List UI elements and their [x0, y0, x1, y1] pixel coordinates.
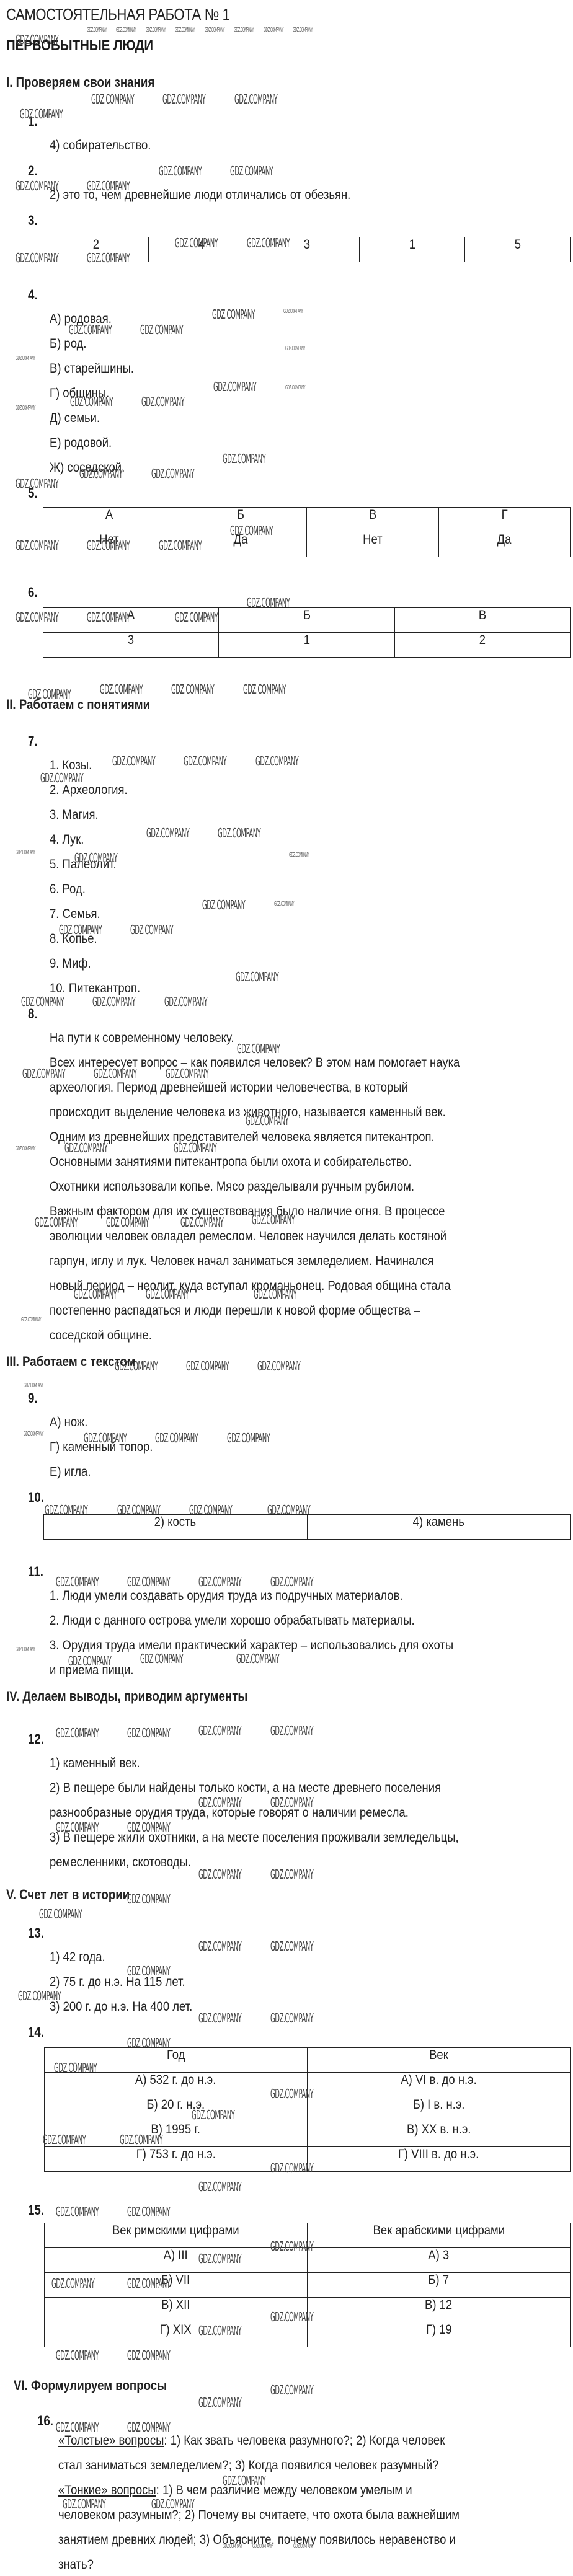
- q3-cell: 4: [149, 237, 254, 262]
- watermark: GDZ.COMPANY: [198, 1867, 241, 1882]
- watermark: GDZ.COMPANY: [264, 27, 283, 33]
- watermark: GDZ.COMPANY: [289, 852, 309, 858]
- question-14-number: 14.: [28, 2024, 44, 2040]
- question-5-table: А Б В Г Нет Да Нет Да: [43, 507, 571, 557]
- watermark: GDZ.COMPANY: [270, 2011, 313, 2026]
- question-4-answer: Б) род.: [50, 337, 86, 351]
- q14-header: Год: [45, 2048, 308, 2073]
- question-6-table: А Б В 3 1 2: [43, 607, 571, 658]
- q15-cell: Б) 7: [308, 2273, 571, 2298]
- watermark: GDZ.COMPANY: [100, 682, 143, 697]
- q15-header: Век арабскими цифрами: [308, 2223, 571, 2248]
- section-4-heading: IV. Делаем выводы, приводим аргументы: [6, 1688, 247, 1705]
- watermark: GDZ.COMPANY: [87, 27, 107, 33]
- question-3-table: 2 4 3 1 5: [43, 237, 571, 262]
- question-9-answer: Г) каменный топор.: [50, 1440, 153, 1455]
- watermark: GDZ.COMPANY: [202, 898, 245, 912]
- watermark: GDZ.COMPANY: [186, 1359, 229, 1374]
- question-8-line: гарпун, иглу и лук. Человек начал занима…: [50, 1254, 433, 1269]
- question-8-line: археология. Период древнейшей истории че…: [50, 1080, 408, 1095]
- watermark: GDZ.COMPANY: [198, 2395, 241, 2410]
- watermark: GDZ.COMPANY: [236, 969, 278, 984]
- question-8-line: эволюции человек овладел ремеслом. Челов…: [50, 1229, 446, 1244]
- watermark: GDZ.COMPANY: [16, 1145, 35, 1152]
- watermark: GDZ.COMPANY: [285, 384, 305, 391]
- question-7-answer: 5. Палеолит.: [50, 857, 117, 872]
- q6-header: А: [43, 608, 219, 633]
- watermark: GDZ.COMPANY: [184, 754, 226, 769]
- q15-cell: Г) 19: [308, 2322, 571, 2347]
- question-7-answer: 7. Семья.: [50, 907, 100, 922]
- watermark: GDZ.COMPANY: [234, 27, 254, 33]
- watermark: GDZ.COMPANY: [127, 2348, 170, 2363]
- q14-cell: А) 532 г. до н.э.: [45, 2073, 308, 2097]
- question-8-line: Основными занятиями питекантропа были ох…: [50, 1155, 412, 1170]
- q3-cell: 2: [43, 237, 149, 262]
- watermark: GDZ.COMPANY: [91, 92, 134, 107]
- question-16-thin-line-4: знать?: [58, 2557, 94, 2572]
- watermark: GDZ.COMPANY: [212, 307, 255, 322]
- q15-cell: В) 12: [308, 2298, 571, 2322]
- watermark: GDZ.COMPANY: [116, 27, 136, 33]
- watermark: GDZ.COMPANY: [140, 1651, 183, 1666]
- question-16-thick-line-2: стал заниматься земледелием?; 3) Когда п…: [58, 2458, 438, 2473]
- q14-cell: Г) VIII в. до н.э.: [308, 2147, 571, 2172]
- question-10-table: 2) кость 4) камень: [43, 1514, 571, 1540]
- watermark: GDZ.COMPANY: [56, 2420, 99, 2435]
- watermark: GDZ.COMPANY: [205, 27, 224, 33]
- watermark: GDZ.COMPANY: [293, 27, 313, 33]
- question-8-line: постепенно распадаться и люди перешли к …: [50, 1303, 420, 1318]
- question-14-table: Год Век А) 532 г. до н.э. А) VI в. до н.…: [44, 2047, 571, 2172]
- section-6-heading: VI. Формулируем вопросы: [14, 2378, 167, 2394]
- watermark: GDZ.COMPANY: [56, 2204, 99, 2219]
- watermark: GDZ.COMPANY: [56, 2348, 99, 2363]
- q15-cell: Б) VII: [45, 2273, 308, 2298]
- watermark: GDZ.COMPANY: [130, 922, 173, 937]
- question-16-thin-line-1: «Тонкие» вопросы: 1) В чем различие межд…: [58, 2483, 412, 2498]
- watermark: GDZ.COMPANY: [236, 1651, 279, 1666]
- page-title: САМОСТОЯТЕЛЬНАЯ РАБОТА № 1: [6, 5, 229, 24]
- question-4-answer: В) старейшины.: [50, 361, 134, 376]
- question-15-table: Век римскими цифрами Век арабскими цифра…: [44, 2223, 571, 2347]
- watermark: GDZ.COMPANY: [56, 1574, 99, 1589]
- question-8-line: Всех интересует вопрос – как появился че…: [50, 1056, 460, 1070]
- question-13-answer: 2) 75 г. до н.э. На 115 лет.: [50, 1975, 185, 1990]
- section-1-heading: I. Проверяем свои знания: [6, 74, 154, 90]
- question-16-thin-line-3: занятием древних людей; 3) Объясните, по…: [58, 2533, 456, 2547]
- q14-cell: А) VI в. до н.э.: [308, 2073, 571, 2097]
- q14-cell: В) 1995 г.: [45, 2122, 308, 2147]
- q5-value: Да: [438, 532, 571, 557]
- watermark: GDZ.COMPANY: [164, 994, 207, 1009]
- watermark: GDZ.COMPANY: [146, 826, 189, 840]
- watermark: GDZ.COMPANY: [151, 466, 194, 481]
- question-16-thick-line-1: «Толстые» вопросы: 1) Как звать человека…: [58, 2433, 445, 2448]
- question-5-number: 5.: [28, 485, 38, 501]
- question-15-number: 15.: [28, 2202, 44, 2218]
- q14-cell: В) XX в. н.э.: [308, 2122, 571, 2147]
- q5-header: Б: [175, 508, 307, 532]
- question-11-line: и приема пищи.: [50, 1663, 133, 1678]
- q5-value: Нет: [307, 532, 439, 557]
- watermark: GDZ.COMPANY: [16, 355, 35, 362]
- watermark: GDZ.COMPANY: [198, 2179, 241, 2194]
- section-3-heading: III. Работаем с текстом: [6, 1354, 135, 1370]
- question-12-line: 3) В пещере жили охотники, а на месте по…: [50, 1830, 459, 1845]
- question-8-line: происходит выделение человека из животно…: [50, 1105, 446, 1120]
- q6-value: 3: [43, 633, 219, 658]
- q6-header: В: [394, 608, 570, 633]
- watermark: GDZ.COMPANY: [198, 1723, 241, 1738]
- question-8-line: Охотники использовали копье. Мясо раздел…: [50, 1180, 414, 1194]
- q10-cell: 4) камень: [307, 1515, 571, 1540]
- q14-cell: Г) 753 г. до н.э.: [45, 2147, 308, 2172]
- question-2-number: 2.: [28, 163, 38, 179]
- watermark: GDZ.COMPANY: [92, 994, 135, 1009]
- question-7-answer: 3. Магия.: [50, 808, 99, 823]
- thick-questions-label: «Толстые» вопросы: [58, 2433, 164, 2448]
- watermark: GDZ.COMPANY: [127, 2204, 170, 2219]
- watermark: GDZ.COMPANY: [285, 345, 305, 352]
- watermark: GDZ.COMPANY: [198, 1574, 241, 1589]
- question-8-number: 8.: [28, 1006, 38, 1022]
- watermark: GDZ.COMPANY: [255, 754, 298, 769]
- question-4-answer: Д) семьи.: [50, 411, 100, 426]
- question-12-line: 2) В пещере были найдены только кости, а…: [50, 1781, 441, 1796]
- q15-cell: Г) XIX: [45, 2322, 308, 2347]
- watermark: GDZ.COMPANY: [175, 27, 195, 33]
- watermark: GDZ.COMPANY: [230, 164, 273, 179]
- question-12-line: ремесленники, скотоводы.: [50, 1855, 191, 1870]
- watermark: GDZ.COMPANY: [146, 27, 166, 33]
- question-13-answer: 1) 42 года.: [50, 1950, 105, 1965]
- question-9-answer: Е) игла.: [50, 1465, 91, 1480]
- topic-title: ПЕРВОБЫТНЫЕ ЛЮДИ: [6, 37, 153, 55]
- watermark: GDZ.COMPANY: [270, 1939, 313, 1954]
- section-2-heading: II. Работаем с понятиями: [6, 697, 150, 713]
- question-7-answer: 2. Археология.: [50, 783, 128, 798]
- question-8-line: На пути к современному человеку.: [50, 1031, 234, 1046]
- watermark: GDZ.COMPANY: [198, 1939, 241, 1954]
- watermark: GDZ.COMPANY: [16, 405, 35, 412]
- question-12-line: 1) каменный век.: [50, 1756, 140, 1771]
- question-11-line: 2. Люди с данного острова умели хорошо о…: [50, 1613, 415, 1628]
- watermark: GDZ.COMPANY: [198, 2011, 241, 2026]
- question-7-answer: 10. Питекантроп.: [50, 981, 140, 996]
- q6-value: 2: [394, 633, 570, 658]
- question-7-answer: 6. Род.: [50, 882, 86, 897]
- q3-cell: 1: [360, 237, 465, 262]
- q15-header: Век римскими цифрами: [45, 2223, 308, 2248]
- question-7-answer: 9. Миф.: [50, 956, 91, 971]
- watermark: GDZ.COMPANY: [56, 1726, 99, 1740]
- question-3-number: 3.: [28, 213, 38, 229]
- q6-header: Б: [219, 608, 394, 633]
- watermark: GDZ.COMPANY: [141, 394, 184, 409]
- question-1-answer: 4) собирательство.: [50, 138, 151, 153]
- thin-questions-label: «Тонкие» вопросы: [58, 2483, 156, 2497]
- watermark: GDZ.COMPANY: [16, 849, 35, 856]
- watermark: GDZ.COMPANY: [112, 754, 155, 769]
- watermark: GDZ.COMPANY: [274, 901, 294, 907]
- watermark: GDZ.COMPANY: [127, 1892, 170, 1907]
- q15-cell: В) XII: [45, 2298, 308, 2322]
- question-13-answer: 3) 200 г. до н.э. На 400 лет.: [50, 2000, 192, 2014]
- question-8-line: Важным фактором для их существования был…: [50, 1204, 445, 1219]
- watermark: GDZ.COMPANY: [127, 1574, 170, 1589]
- question-8-line: соседской общине.: [50, 1328, 152, 1343]
- q14-cell: Б) I в. н.э.: [308, 2097, 571, 2122]
- q3-cell: 5: [465, 237, 571, 262]
- watermark: GDZ.COMPANY: [213, 379, 256, 394]
- question-7-answer: 1. Козы.: [50, 758, 92, 773]
- watermark: GDZ.COMPANY: [21, 1317, 41, 1323]
- watermark: GDZ.COMPANY: [20, 107, 63, 121]
- q10-cell: 2) кость: [44, 1515, 308, 1540]
- watermark: GDZ.COMPANY: [162, 92, 205, 107]
- question-1-number: 1.: [28, 113, 38, 130]
- q3-cell: 3: [254, 237, 360, 262]
- question-9-answer: А) нож.: [50, 1415, 87, 1430]
- question-12-line: разнообразные орудия труда, которые гово…: [50, 1806, 409, 1820]
- watermark: GDZ.COMPANY: [270, 1574, 313, 1589]
- question-6-number: 6.: [28, 584, 38, 601]
- question-11-line: 1. Люди умели создавать орудия труда из …: [50, 1589, 403, 1603]
- watermark: GDZ.COMPANY: [223, 451, 265, 466]
- q15-cell: А) 3: [308, 2248, 571, 2273]
- watermark: GDZ.COMPANY: [257, 1359, 300, 1374]
- watermark: GDZ.COMPANY: [39, 1907, 82, 1921]
- question-12-number: 12.: [28, 1731, 44, 1747]
- section-5-heading: V. Счет лет в истории: [6, 1887, 130, 1903]
- question-16-thin-line-2: человеком разумным?; 2) Почему вы считае…: [58, 2508, 460, 2523]
- watermark: GDZ.COMPANY: [159, 164, 202, 179]
- question-2-answer: 2) это то, чем древнейшие люди отличалис…: [50, 188, 350, 203]
- question-10-number: 10.: [28, 1489, 44, 1506]
- question-9-number: 9.: [28, 1390, 38, 1406]
- watermark: GDZ.COMPANY: [127, 2420, 170, 2435]
- watermark: GDZ.COMPANY: [16, 1646, 35, 1653]
- question-7-number: 7.: [28, 733, 38, 749]
- question-4-number: 4.: [28, 287, 38, 303]
- watermark: GDZ.COMPANY: [24, 1431, 43, 1437]
- q14-header: Век: [308, 2048, 571, 2073]
- question-11-number: 11.: [28, 1564, 43, 1580]
- q5-header: В: [307, 508, 439, 532]
- question-8-line: новый период – неолит, куда вступал кром…: [50, 1279, 451, 1294]
- watermark: GDZ.COMPANY: [283, 308, 303, 315]
- question-16-number: 16.: [37, 2413, 53, 2429]
- watermark: GDZ.COMPANY: [237, 1041, 280, 1056]
- q5-value: Да: [175, 532, 307, 557]
- watermark: GDZ.COMPANY: [171, 682, 214, 697]
- question-4-answer: А) родовая.: [50, 312, 112, 327]
- question-7-answer: 4. Лук.: [50, 832, 84, 847]
- watermark: GDZ.COMPANY: [270, 2383, 313, 2397]
- watermark: GDZ.COMPANY: [218, 826, 260, 840]
- watermark: GDZ.COMPANY: [270, 1723, 313, 1738]
- q5-value: Нет: [43, 532, 175, 557]
- watermark: GDZ.COMPANY: [227, 1431, 270, 1445]
- q5-header: Г: [438, 508, 571, 532]
- question-8-line: Одним из древнейших представителей челов…: [50, 1130, 435, 1145]
- q14-cell: Б) 20 г. н.э.: [45, 2097, 308, 2122]
- watermark: GDZ.COMPANY: [270, 1867, 313, 1882]
- question-11-line: 3. Орудия труда имели практический харак…: [50, 1638, 453, 1653]
- watermark: GDZ.COMPANY: [155, 1431, 198, 1445]
- watermark: GDZ.COMPANY: [243, 682, 286, 697]
- watermark: GDZ.COMPANY: [140, 322, 183, 337]
- watermark: GDZ.COMPANY: [127, 1726, 170, 1740]
- question-7-answer: 8. Копье.: [50, 932, 97, 946]
- q6-value: 1: [219, 633, 394, 658]
- watermark: GDZ.COMPANY: [24, 1382, 43, 1389]
- question-4-answer: Е) родовой.: [50, 436, 112, 451]
- q5-header: А: [43, 508, 175, 532]
- question-4-answer: Г) общины.: [50, 386, 109, 401]
- question-4-answer: Ж) соседской.: [50, 461, 125, 475]
- question-13-number: 13.: [28, 1925, 44, 1941]
- q15-cell: А) III: [45, 2248, 308, 2273]
- watermark: GDZ.COMPANY: [234, 92, 277, 107]
